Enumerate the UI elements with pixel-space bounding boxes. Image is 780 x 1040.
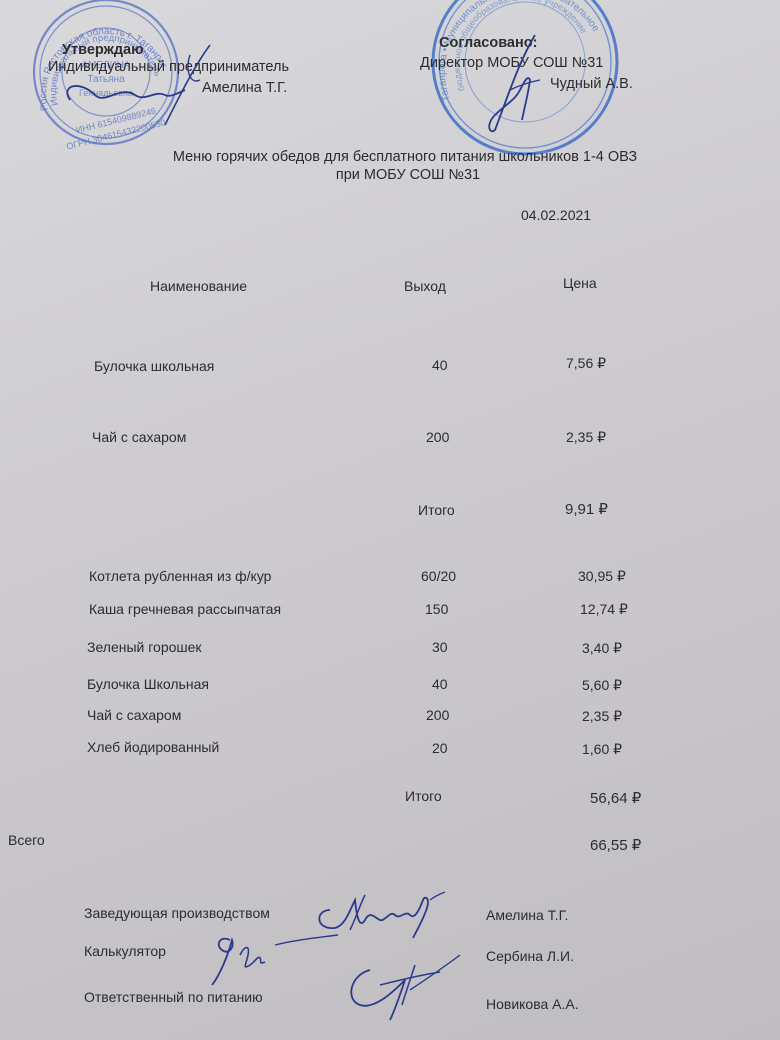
- item-yield: 150: [425, 602, 448, 616]
- item-name: Хлеб йодированный: [87, 740, 219, 754]
- item-price: 7,56 ₽: [566, 356, 606, 370]
- item-name: Котлета рубленная из ф/кур: [89, 569, 271, 583]
- signature-left-icon: [40, 40, 220, 130]
- item-yield: 30: [432, 640, 448, 654]
- subtotal-value: 56,64 ₽: [590, 791, 641, 806]
- signature-name: Амелина Т.Г.: [486, 908, 568, 922]
- item-yield: 40: [432, 358, 448, 372]
- item-price: 1,60 ₽: [582, 742, 622, 756]
- document-title-line2: при МОБУ СОШ №31: [0, 168, 780, 183]
- document-title-line1: Меню горячих обедов для бесплатного пита…: [0, 150, 780, 165]
- subtotal-label: Итого: [418, 503, 455, 517]
- signature-nutrition-lead-icon: [340, 950, 470, 1030]
- item-price: 2,35 ₽: [582, 709, 622, 723]
- item-yield: 200: [426, 430, 449, 444]
- item-name: Каша гречневая рассыпчатая: [89, 602, 281, 616]
- item-price: 12,74 ₽: [580, 602, 628, 616]
- column-header-yield: Выход: [404, 279, 446, 293]
- signature-role: Заведующая производством: [84, 906, 270, 920]
- total-value: 66,55 ₽: [590, 838, 641, 853]
- item-price: 2,35 ₽: [566, 430, 606, 444]
- item-name: Чай с сахаром: [92, 430, 186, 444]
- item-yield: 60/20: [421, 569, 456, 583]
- signature-role: Ответственный по питанию: [84, 990, 263, 1004]
- document-page: Россия Ростовская область г. Таганрог Ин…: [0, 0, 780, 1040]
- total-label: Всего: [8, 833, 45, 847]
- item-name: Булочка Школьная: [87, 677, 209, 691]
- approval-right-name: Чудный А.В.: [550, 77, 633, 92]
- item-name: Чай с сахаром: [87, 708, 181, 722]
- item-price: 30,95 ₽: [578, 569, 626, 583]
- item-name: Зеленый горошек: [87, 640, 202, 654]
- item-name: Булочка школьная: [94, 359, 214, 373]
- signature-name: Сербина Л.И.: [486, 949, 574, 963]
- item-yield: 20: [432, 741, 448, 755]
- item-yield: 40: [432, 677, 448, 691]
- item-yield: 200: [426, 708, 449, 722]
- document-date: 04.02.2021: [521, 208, 591, 222]
- subtotal-value: 9,91 ₽: [565, 502, 608, 517]
- item-price: 3,40 ₽: [582, 641, 622, 655]
- signature-role: Калькулятор: [84, 944, 166, 958]
- item-price: 5,60 ₽: [582, 678, 622, 692]
- column-header-price: Цена: [563, 276, 597, 290]
- signature-calculator-icon: [200, 920, 340, 990]
- signature-name: Новикова А.А.: [486, 997, 579, 1011]
- signature-right-icon: [470, 30, 560, 140]
- subtotal-label: Итого: [405, 789, 442, 803]
- column-header-name: Наименование: [150, 279, 247, 293]
